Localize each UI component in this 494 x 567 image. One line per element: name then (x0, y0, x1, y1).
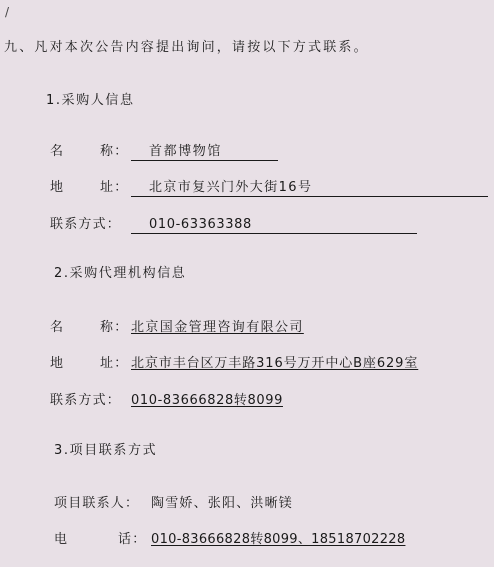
section-title-project: 3.项目联系方式 (54, 443, 157, 459)
label-part: 址： (100, 180, 128, 195)
label-part: 称： (100, 320, 128, 335)
purchaser-name-label: 名称： (50, 144, 128, 160)
project-phone-value: 010-83666828转8099、18518702228 (151, 532, 405, 548)
label-part: 话： (118, 532, 146, 547)
agency-name-label: 名称： (50, 320, 128, 336)
section-title-agency: 2.采购代理机构信息 (54, 266, 186, 282)
purchaser-address-value: 北京市复兴门外大街16号 (149, 180, 312, 196)
project-contact-value: 陶雪娇、张阳、洪晰镁 (151, 496, 293, 512)
label-part: 地 (50, 356, 100, 372)
agency-contact-value: 010-83666828转8099 (131, 393, 283, 409)
purchaser-name-value: 首都博物馆 (149, 144, 222, 160)
agency-address-label: 地址： (50, 356, 128, 372)
purchaser-address-label: 地址： (50, 180, 128, 196)
purchaser-contact-value: 010-63363388 (149, 217, 252, 233)
label-part: 电 (54, 532, 118, 548)
agency-contact-label: 联系方式： (50, 393, 121, 409)
label-part: 称： (100, 144, 128, 159)
top-mark: / (5, 4, 9, 20)
project-contact-label: 项目联系人： (54, 496, 139, 512)
purchaser-contact-label: 联系方式： (50, 217, 121, 233)
label-part: 名 (50, 144, 100, 160)
section-heading: 九、凡对本次公告内容提出询问，请按以下方式联系。 (4, 40, 369, 56)
agency-name-value: 北京国金管理咨询有限公司 (131, 320, 304, 336)
project-phone-label: 电话： (54, 532, 146, 548)
label-part: 地 (50, 180, 100, 196)
label-part: 名 (50, 320, 100, 336)
label-part: 址： (100, 356, 128, 371)
section-title-purchaser: 1.采购人信息 (46, 93, 135, 109)
agency-address-value: 北京市丰台区万丰路316号万开中心B座629室 (131, 356, 418, 372)
